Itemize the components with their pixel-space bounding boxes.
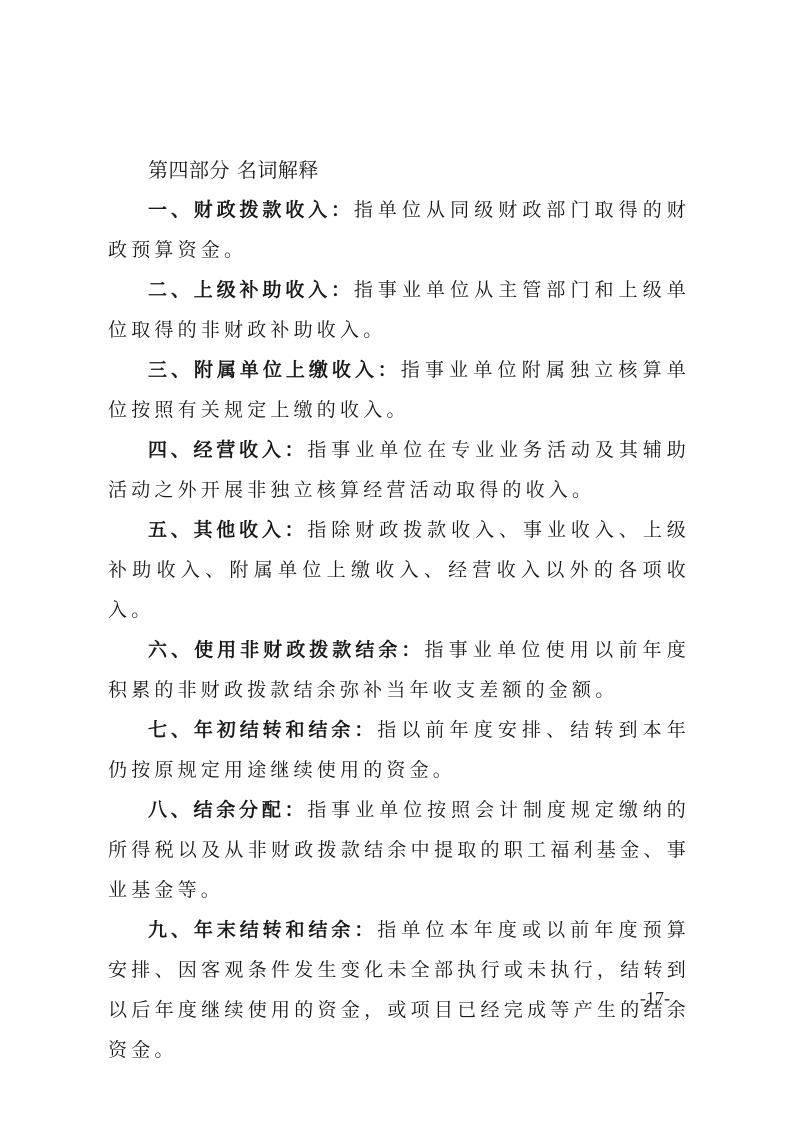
term-label: 四、经营收入： (148, 439, 307, 461)
definition-entry-9: 九、年末结转和结余：指单位本年度或以前年度预算安排、因客观条件发生变化未全部执行… (108, 910, 690, 1070)
definition-entry-7: 七、年初结转和结余：指以前年度安排、结转到本年仍按原规定用途继续使用的资金。 (108, 710, 690, 790)
term-label: 二、上级补助收入： (148, 279, 354, 301)
definition-entry-1: 一、财政拨款收入：指单位从同级财政部门取得的财政预算资金。 (108, 190, 690, 270)
term-label: 七、年初结转和结余： (148, 719, 377, 741)
term-label: 八、结余分配： (148, 799, 307, 821)
term-label: 九、年末结转和结余： (148, 919, 377, 941)
term-label: 五、其他收入： (148, 519, 307, 541)
definition-entry-4: 四、经营收入：指事业单位在专业业务活动及其辅助活动之外开展非独立核算经营活动取得… (108, 430, 690, 510)
term-label: 一、财政拨款收入： (148, 199, 354, 221)
term-label: 六、使用非财政拨款结余： (148, 639, 424, 661)
definition-entry-3: 三、附属单位上缴收入：指事业单位附属独立核算单位按照有关规定上缴的收入。 (108, 350, 690, 430)
document-page: 第四部分 名词解释 一、财政拨款收入：指单位从同级财政部门取得的财政预算资金。 … (0, 0, 793, 1122)
section-title: 第四部分 名词解释 (108, 150, 690, 190)
term-label: 三、附属单位上缴收入： (148, 359, 401, 381)
definition-entry-5: 五、其他收入：指除财政拨款收入、事业收入、上级补助收入、附属单位上缴收入、经营收… (108, 510, 690, 630)
definition-entry-8: 八、结余分配：指事业单位按照会计制度规定缴纳的所得税以及从非财政拨款结余中提取的… (108, 790, 690, 910)
page-content: 第四部分 名词解释 一、财政拨款收入：指单位从同级财政部门取得的财政预算资金。 … (108, 150, 690, 1070)
definition-entry-6: 六、使用非财政拨款结余：指事业单位使用以前年度积累的非财政拨款结余弥补当年收支差… (108, 630, 690, 710)
page-number: -17- (640, 988, 670, 1009)
definition-entry-2: 二、上级补助收入：指事业单位从主管部门和上级单位取得的非财政补助收入。 (108, 270, 690, 350)
